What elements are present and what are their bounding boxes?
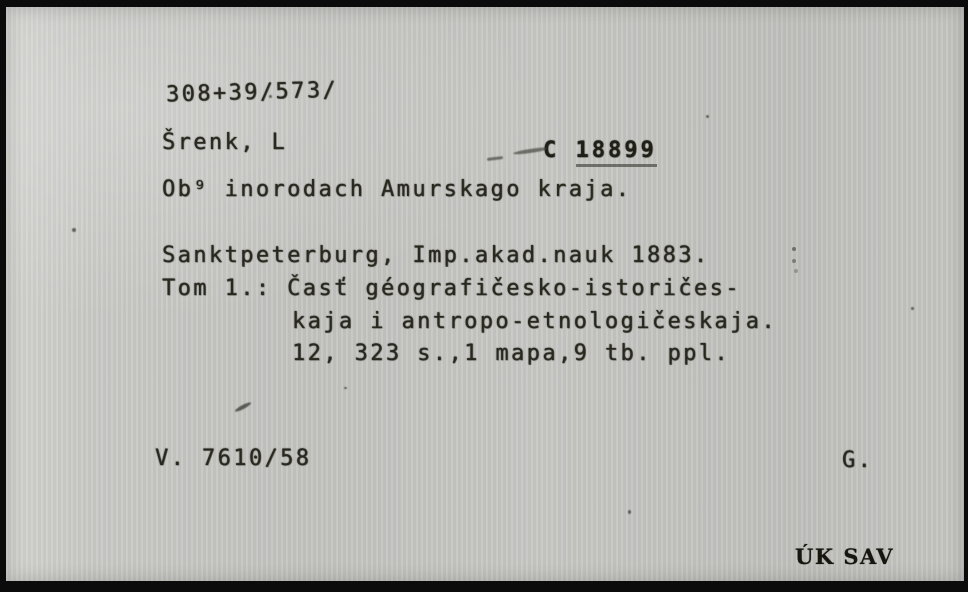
ink-speck [269, 95, 272, 98]
ink-speck [706, 115, 709, 118]
card-paper: 308+39/573/ Šrenk, L C 18899 Ob⁹ inoroda… [6, 7, 964, 581]
title-line: Ob⁹ inorodach Amurskago kraja. [162, 177, 631, 203]
pencil-dash-mark [487, 156, 503, 161]
classification-number: 308+39/573/ [166, 78, 339, 109]
pencil-tilde-mark [513, 147, 547, 156]
imprint-line-1: Sanktpeterburg, Imp.akad.nauk 1883. [162, 243, 710, 269]
shelf-mark: C 18899 [543, 138, 657, 164]
ink-stroke-mark [234, 401, 252, 413]
author-heading: Šrenk, L [162, 130, 287, 156]
shelf-mark-prefix: C [543, 138, 576, 163]
ink-dots-mark [792, 247, 796, 251]
library-stamp: ÚK SAV [795, 544, 894, 569]
catalog-card-scan: 308+39/573/ Šrenk, L C 18899 Ob⁹ inoroda… [0, 0, 968, 592]
imprint-line-3: kaja i antropo-etnologičeskaja. [292, 309, 777, 335]
ink-speck [72, 228, 76, 232]
shelf-mark-number: 18899 [576, 138, 657, 167]
imprint-line-2: Tom 1.: Časť géografičesko-istoričes- [162, 276, 741, 302]
ink-speck [344, 387, 347, 389]
cataloguer-initial: G. [842, 448, 873, 474]
ink-speck [911, 307, 914, 310]
ink-speck [628, 510, 631, 514]
accession-number: V. 7610/58 [155, 446, 311, 472]
collation-line: 12, 323 s.,1 mapa,9 tb. ppl. [292, 341, 730, 367]
